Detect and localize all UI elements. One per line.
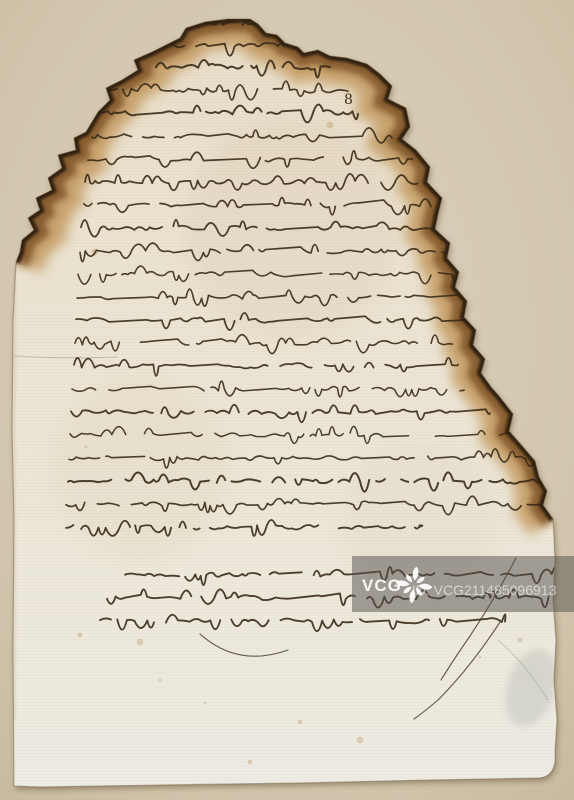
manuscript-image: 8 [0, 0, 574, 800]
watermark-id-text: ID: VCG211485096913 [412, 582, 557, 598]
stock-photo-manuscript: 8 VCG ID: VCG211485096913 [0, 0, 574, 800]
legible-character: 8 [344, 92, 353, 108]
vcg-watermark-band: VCG ID: VCG211485096913 [352, 556, 574, 612]
